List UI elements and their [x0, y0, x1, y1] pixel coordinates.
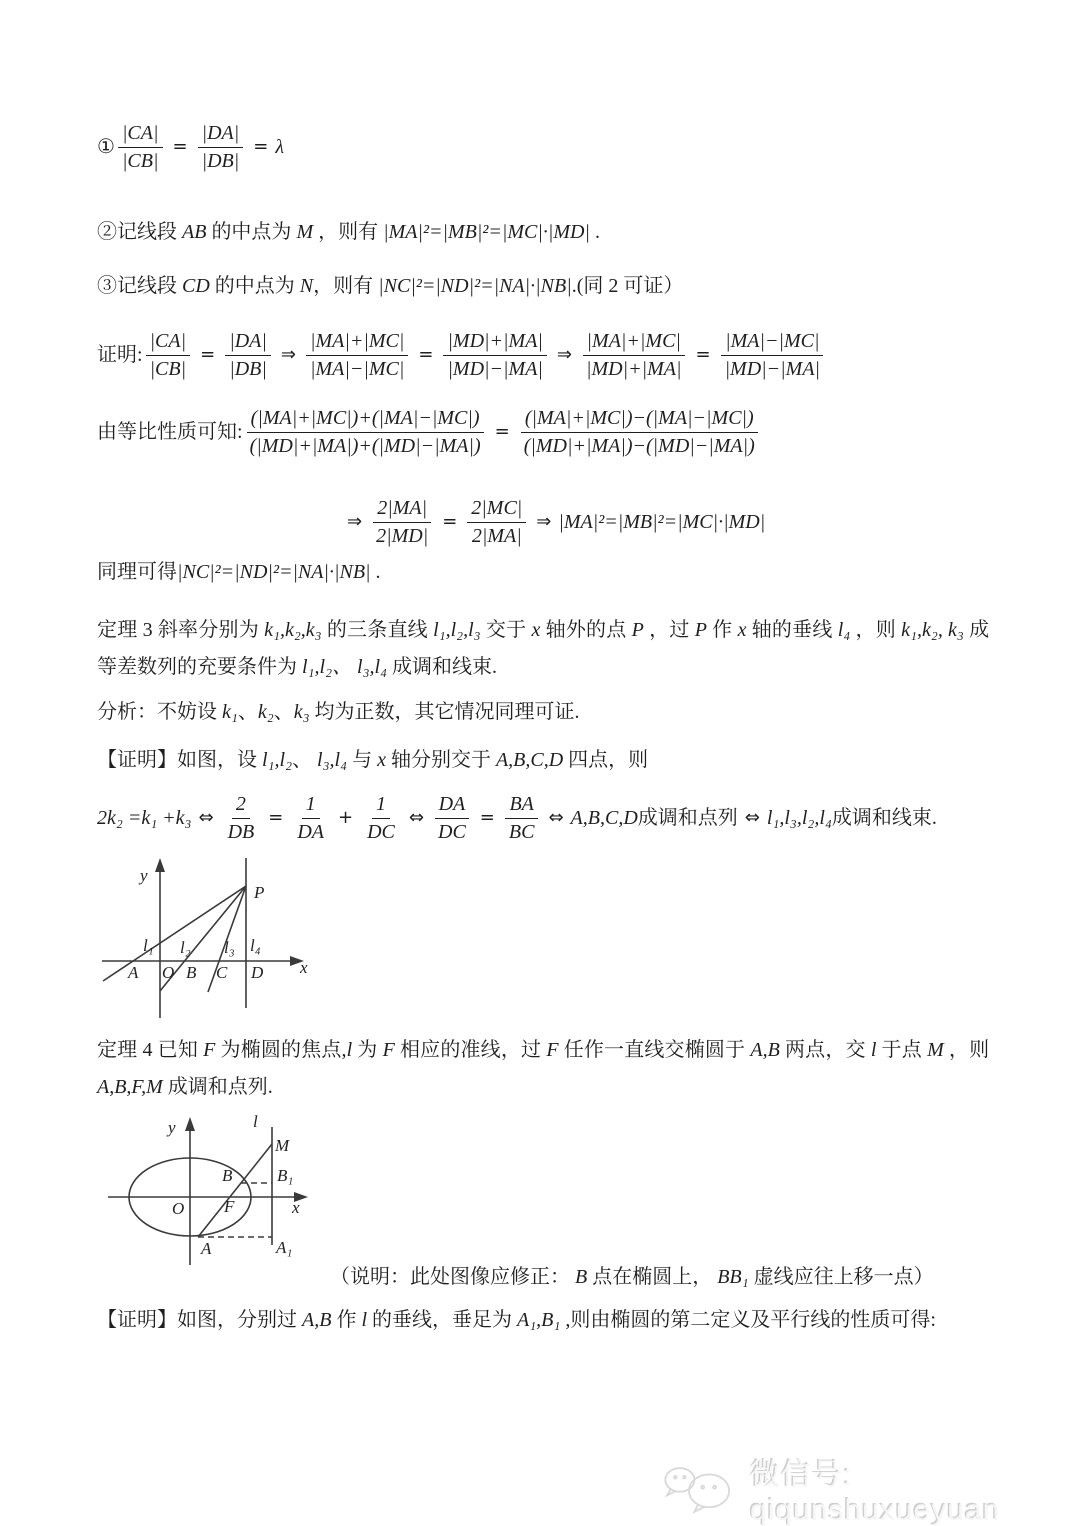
proof-line-1: 证明:|CA||CB|=|DA||DB|⇒|MA|+|MC||MA|−|MC|=… — [97, 330, 827, 381]
math-text: B — [575, 1266, 587, 1288]
math-symbol: = — [411, 343, 440, 367]
text-run: 【证明】如图，分别过 — [97, 1309, 302, 1331]
math-text: l₁,l₃,l₂,l₄ — [767, 805, 832, 832]
text-run: 两点，交 — [780, 1039, 871, 1061]
text-run: 、 — [292, 749, 317, 771]
watermark-text: 微信号: qiqunshuxueyuan — [750, 1450, 1080, 1526]
fig1-label-c: C — [216, 963, 228, 982]
wechat-icon — [658, 1462, 740, 1516]
fraction-numerator: |MA|−|MC| — [721, 330, 823, 356]
fraction-denominator: |CB| — [118, 148, 163, 173]
math-text: k₁ — [222, 701, 238, 723]
text-run: 成调和点列. — [163, 1076, 273, 1098]
text-run: 轴外的点 — [540, 619, 631, 641]
fraction: |MA|+|MC||MA|−|MC| — [306, 330, 408, 381]
text-run: . — [371, 561, 381, 583]
math-text: F — [546, 1039, 558, 1061]
fraction-denominator: |DB| — [225, 356, 271, 381]
text-run: ③记线段 — [97, 275, 182, 297]
math-symbol: = — [488, 420, 517, 444]
math-symbol: = — [473, 806, 502, 830]
figure-lines-through-p: y x P l₁ l₂ l₃ l₄ A O B C D — [98, 856, 338, 1021]
fig1-label-o: O — [162, 963, 174, 982]
fraction-denominator: DB — [224, 819, 259, 844]
analysis-line: 分析：不妨设 k₁、k₂、k₃ 均为正数，其它情况同理可证. — [97, 699, 580, 726]
math-text: x — [377, 749, 386, 771]
text-run: 交于 — [481, 619, 532, 641]
math-text: F — [203, 1039, 215, 1061]
fig1-label-d: D — [250, 963, 264, 982]
fig1-label-l1: l₁ — [143, 936, 154, 955]
fraction-denominator: |MD|−|MA| — [443, 356, 546, 381]
text-run: 的中点为 — [210, 275, 300, 297]
text-run: 作 — [707, 619, 738, 641]
fraction-denominator: |MD|+|MA| — [582, 356, 685, 381]
math-text: l₃,l₄ — [317, 749, 347, 771]
text-run: 【证明】如图，设 — [97, 749, 262, 771]
fig1-label-x: x — [299, 958, 308, 977]
fig2-label-f: F — [223, 1197, 235, 1216]
fraction-numerator: 1 — [372, 793, 390, 819]
item-3: ③记线段 CD 的中点为 N，则有 |NC|²=|ND|²=|NA|·|NB|.… — [97, 273, 683, 300]
item-2: ②记线段 AB 的中点为 M ，则有 |MA|²=|MB|²=|MC|·|MD|… — [97, 219, 600, 246]
text-run: 四点，则 — [563, 749, 648, 771]
math-symbol: ⇔ — [191, 806, 220, 830]
text-run: 为椭圆的焦点, — [215, 1039, 346, 1061]
math-text: |MA|²=|MB|²=|MC|·|MD| — [383, 221, 590, 243]
math-text: 2k₂ =k₁ +k₃ — [97, 805, 191, 832]
math-text: A,B,C,D — [496, 749, 563, 771]
math-text: k₂ — [258, 701, 274, 723]
text-run: 成调和点列 — [638, 805, 738, 832]
math-text: |NC|²=|ND|²=|NA|·|NB| — [378, 275, 572, 297]
theorem-3: 定理 3 斜率分别为 k₁,k₂,k₃ 的三条直线 l₁,l₂,l₃ 交于 x … — [97, 612, 989, 686]
text-run: ，则有 — [313, 275, 378, 297]
math-text: k₁,k₂, k₃ — [901, 619, 964, 641]
fraction: |MA|+|MC||MD|+|MA| — [582, 330, 685, 381]
fraction-numerator: DA — [435, 793, 470, 819]
fraction-numerator: |MD|+|MA| — [443, 330, 546, 356]
fig2-label-o: O — [172, 1199, 184, 1218]
text-run: 的三条直线 — [322, 619, 433, 641]
text-run: ① — [97, 134, 115, 161]
fig2-label-a: A — [200, 1239, 212, 1258]
math-text: M — [927, 1039, 944, 1061]
math-text: F — [383, 1039, 395, 1061]
fraction: 2DB — [224, 793, 259, 844]
fraction-denominator: 2|MA| — [468, 523, 526, 548]
text-run: ，则 — [944, 1039, 989, 1061]
fraction-numerator: |DA| — [198, 122, 244, 148]
text-run: 的中点为 — [206, 221, 296, 243]
proof-4-intro: 【证明】如图，分别过 A,B 作 l 的垂线，垂足为 A₁,B₁ ,则由椭圆的第… — [97, 1307, 936, 1334]
text-run: 点在椭圆上， — [587, 1266, 717, 1288]
fraction-numerator: 1 — [302, 793, 320, 819]
fig1-label-l2: l₂ — [180, 938, 191, 957]
math-text: A,B,C,D — [571, 805, 638, 832]
text-run: （说明：此处图像应修正： — [330, 1266, 575, 1288]
math-text: k₁,k₂,k₃ — [264, 619, 322, 641]
figure-ellipse-directrix: y l M B B₁ O F x A A₁ — [98, 1113, 348, 1278]
math-text: l₁,l₂ — [262, 749, 292, 771]
text-run: .(同 2 可证） — [572, 275, 684, 297]
text-run: 与 — [347, 749, 377, 771]
fig2-label-b1: B₁ — [277, 1166, 293, 1185]
text-run: ，则 — [850, 619, 901, 641]
fig2-label-x: x — [291, 1198, 300, 1217]
fraction: |MD|+|MA||MD|−|MA| — [443, 330, 546, 381]
fraction-numerator: BA — [505, 793, 537, 819]
similarly-line: 同理可得|NC|²=|ND|²=|NA|·|NB| . — [97, 559, 381, 586]
text-run: 均为正数，其它情况同理可证. — [310, 701, 580, 723]
math-symbol: ⇔ — [541, 806, 570, 830]
math-text: A,B — [302, 1309, 331, 1331]
math-symbol: ⇔ — [738, 806, 767, 830]
text-run: ,则由椭圆的第二定义及平行线的性质可得: — [560, 1309, 936, 1331]
text-run: ，则有 — [313, 221, 383, 243]
text-run: 证明: — [97, 342, 143, 369]
text-run: 轴的垂线 — [747, 619, 838, 641]
fraction: |CA||CB| — [146, 330, 191, 381]
fraction-denominator: |MA|−|MC| — [306, 356, 408, 381]
y-axis-arrow — [155, 858, 165, 872]
watermark: 微信号: qiqunshuxueyuan — [658, 1450, 1080, 1526]
fraction-numerator: |MA|+|MC| — [306, 330, 408, 356]
text-run: ②记线段 — [97, 221, 182, 243]
math-text: CD — [182, 275, 210, 297]
fig2-label-y: y — [166, 1118, 176, 1137]
fraction-denominator: |CB| — [146, 356, 191, 381]
text-run: 相应的准线，过 — [395, 1039, 547, 1061]
text-run: 由等比性质可知: — [97, 419, 243, 446]
math-symbol: ⇒ — [550, 343, 579, 367]
fig1-label-l3: l₃ — [224, 938, 235, 957]
math-text: BB₁ — [717, 1266, 748, 1288]
fraction: (|MA|+|MC|)+(|MA|−|MC|)(|MD|+|MA|)+(|MD|… — [246, 407, 485, 458]
fig2-label-a1: A₁ — [275, 1238, 292, 1257]
math-text: A,B,F,M — [97, 1076, 163, 1098]
text-run: 于点 — [876, 1039, 927, 1061]
math-symbol: = — [435, 510, 464, 534]
text-run: . — [590, 221, 600, 243]
math-text: λ — [275, 134, 284, 161]
text-run: 分析：不妨设 — [97, 701, 222, 723]
centered-equation: ⇒2|MA|2|MD|=2|MC|2|MA|⇒|MA|²=|MB|²=|MC|·… — [340, 497, 765, 548]
math-text: |NC|²=|ND|²=|NA|·|NB| — [177, 561, 371, 583]
math-text: N — [300, 275, 313, 297]
text-run: 为 — [352, 1039, 383, 1061]
text-run: 同理可得 — [97, 561, 177, 583]
math-text: |MA|²=|MB|²=|MC|·|MD| — [558, 509, 765, 536]
fraction-numerator: (|MA|+|MC|)+(|MA|−|MC|) — [247, 407, 484, 433]
fig1-label-a: A — [127, 963, 139, 982]
fraction-numerator: 2|MA| — [373, 497, 431, 523]
fraction-numerator: (|MA|+|MC|)−(|MA|−|MC|) — [521, 407, 758, 433]
fraction: BABC — [505, 793, 539, 844]
fraction-numerator: |DA| — [225, 330, 271, 356]
ratio-property-line: 由等比性质可知:(|MA|+|MC|)+(|MA|−|MC|)(|MD|+|MA… — [97, 407, 762, 458]
fraction-denominator: (|MD|+|MA|)−(|MD|−|MA|) — [520, 433, 759, 458]
math-text: P — [695, 619, 707, 641]
fraction-numerator: 2 — [232, 793, 250, 819]
correction-note: （说明：此处图像应修正： B 点在椭圆上， BB₁ 虚线应往上移一点） — [330, 1264, 934, 1291]
fraction-denominator: |MD|−|MA| — [721, 356, 824, 381]
fig2-label-l: l — [253, 1113, 258, 1131]
math-text: l₁,l₂,l₃ — [433, 619, 481, 641]
fraction: 2|MC|2|MA| — [467, 497, 526, 548]
document-page: ①|CA||CB|=|DA||DB|=λ ②记线段 AB 的中点为 M ，则有 … — [0, 0, 1080, 1526]
text-run: 成调和线束. — [832, 805, 937, 832]
fraction-numerator: |CA| — [118, 122, 163, 148]
math-symbol: + — [331, 806, 360, 830]
fraction: |CA||CB| — [118, 122, 163, 173]
math-text: A,B — [750, 1039, 779, 1061]
text-run: 定理 3 斜率分别为 — [97, 619, 264, 641]
text-run: 轴分别交于 — [386, 749, 496, 771]
fraction: 1DA — [293, 793, 328, 844]
math-symbol: ⇔ — [402, 806, 431, 830]
math-text: P — [632, 619, 644, 641]
fig2-label-m: M — [274, 1136, 290, 1155]
math-text: x — [738, 619, 747, 641]
math-text: k₃ — [294, 701, 310, 723]
fraction-numerator: 2|MC| — [467, 497, 526, 523]
text-run: 成调和线束. — [387, 656, 497, 678]
fig1-label-b: B — [186, 963, 197, 982]
fraction: |DA||DB| — [225, 330, 271, 381]
text-run: 虚线应往上移一点） — [749, 1266, 934, 1288]
fraction-denominator: (|MD|+|MA|)+(|MD|−|MA|) — [246, 433, 485, 458]
math-text: AB — [182, 221, 206, 243]
math-symbol: = — [261, 806, 290, 830]
equivalence-chain: 2k₂ =k₁ +k₃⇔2DB=1DA+1DC⇔DADC=BABC⇔A,B,C,… — [97, 793, 937, 844]
fraction-denominator: DC — [434, 819, 470, 844]
math-symbol: = — [193, 343, 222, 367]
y-axis-arrow — [185, 1117, 195, 1131]
equation-1: ①|CA||CB|=|DA||DB|=λ — [97, 122, 284, 173]
math-symbol: ⇒ — [529, 510, 558, 534]
fraction: 1DC — [363, 793, 399, 844]
theorem-4: 定理 4 已知 F 为椭圆的焦点,l 为 F 相应的准线，过 F 任作一直线交椭… — [97, 1032, 989, 1106]
math-symbol: ⇒ — [340, 510, 369, 534]
text-run: 、 — [274, 701, 294, 723]
text-run: 任作一直线交椭圆于 — [559, 1039, 751, 1061]
math-symbol: ⇒ — [274, 343, 303, 367]
fraction: (|MA|+|MC|)−(|MA|−|MC|)(|MD|+|MA|)−(|MD|… — [520, 407, 759, 458]
fraction: |MA|−|MC||MD|−|MA| — [721, 330, 824, 381]
math-text: M — [296, 221, 313, 243]
fraction: 2|MA|2|MD| — [372, 497, 432, 548]
math-symbol: = — [166, 135, 195, 159]
text-run: 作 — [331, 1309, 361, 1331]
fraction-denominator: DC — [363, 819, 399, 844]
fraction-numerator: |CA| — [146, 330, 191, 356]
fraction: DADC — [434, 793, 470, 844]
math-text: A₁,B₁ — [517, 1309, 560, 1331]
math-text: l₁,l₂、 l₃,l₄ — [302, 656, 387, 678]
math-text: l₄ — [838, 619, 851, 641]
fraction-numerator: |MA|+|MC| — [583, 330, 685, 356]
fraction: |DA||DB| — [198, 122, 244, 173]
fig1-label-p: P — [253, 883, 264, 902]
text-run: 定理 4 已知 — [97, 1039, 203, 1061]
text-run: 的垂线，垂足为 — [367, 1309, 517, 1331]
fig1-label-y: y — [138, 866, 148, 885]
text-run: 、 — [238, 701, 258, 723]
fig1-label-l4: l₄ — [250, 936, 261, 955]
math-symbol: = — [688, 343, 717, 367]
fraction-denominator: DA — [293, 819, 328, 844]
proof-3-intro: 【证明】如图，设 l₁,l₂、 l₃,l₄ 与 x 轴分别交于 A,B,C,D … — [97, 747, 648, 774]
fraction-denominator: BC — [505, 819, 539, 844]
math-symbol: = — [246, 135, 275, 159]
text-run: ，过 — [644, 619, 695, 641]
fraction-denominator: 2|MD| — [372, 523, 432, 548]
fraction-denominator: |DB| — [198, 148, 244, 173]
fig2-label-b: B — [222, 1166, 233, 1185]
